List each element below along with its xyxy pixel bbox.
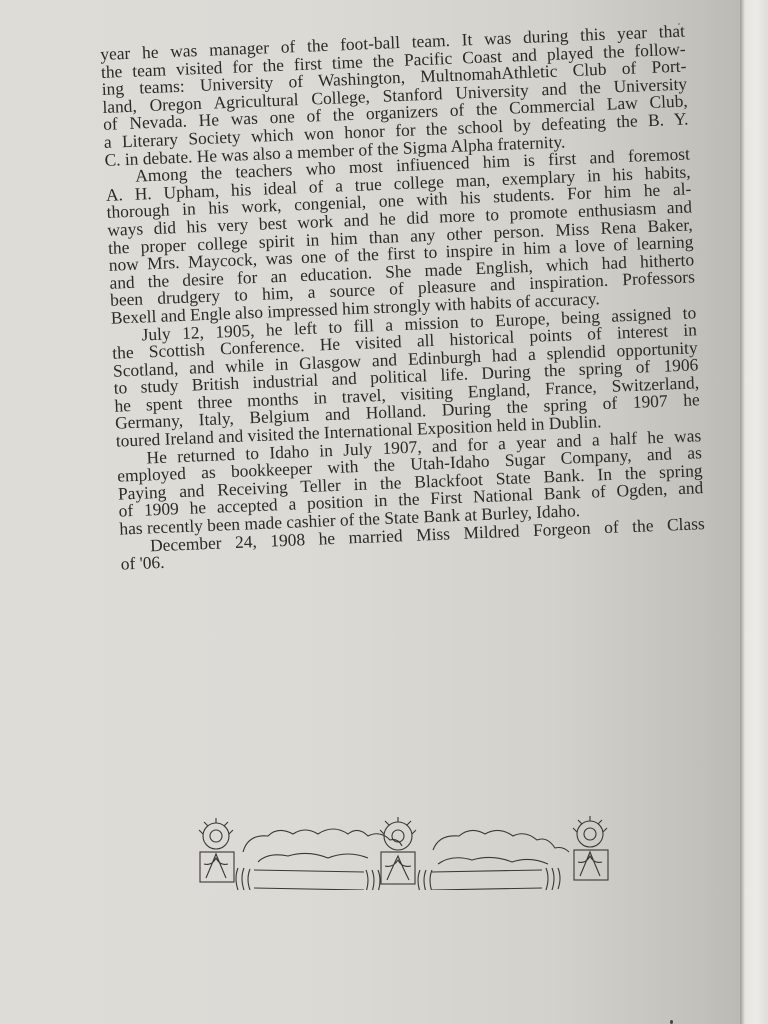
page-edge [740, 0, 768, 1024]
paper-speck [670, 1020, 673, 1024]
paragraph-2: Among the teachers who most infiuenced h… [105, 146, 696, 328]
floral-ornament-icon [188, 812, 618, 890]
page-body-text: year he was manager of the foot-ball tea… [100, 23, 706, 574]
book-page: year he was manager of the foot-ball tea… [0, 0, 740, 1024]
paper-speck [678, 23, 680, 25]
